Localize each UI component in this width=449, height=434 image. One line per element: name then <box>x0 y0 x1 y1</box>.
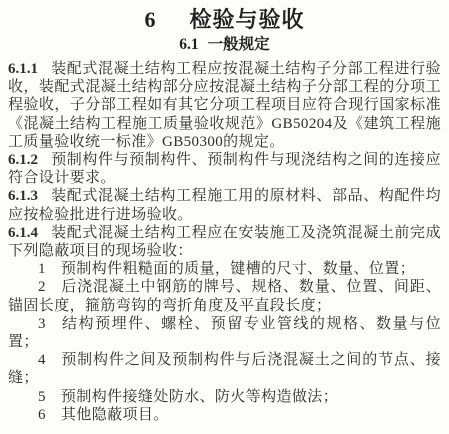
item-text: 结构预埋件、螺栓、预留专业管线的规格、数量与位置； <box>8 316 441 350</box>
hidden-item-2: 2后浇混凝土中钢筋的牌号、规格、数量、位置、间距、锚固长度，箍筋弯钩的弯折角度及… <box>8 278 441 314</box>
clause-number: 6.1.1 <box>8 61 38 77</box>
item-number: 6 <box>38 407 46 423</box>
item-number: 2 <box>38 279 46 295</box>
hidden-item-3: 3结构预埋件、螺栓、预留专业管线的规格、数量与位置； <box>8 315 441 351</box>
item-text: 预制构件粗糙面的质量，键槽的尺寸、数量、位置； <box>61 261 415 277</box>
clause-text: 装配式混凝土结构工程应在安装施工及浇筑混凝土前完成下列隐蔽项目的现场验收： <box>8 225 441 259</box>
document-page: 6检验与验收 6.1一般规定 6.1.1装配式混凝土结构工程应按混凝土结构子分部… <box>0 0 449 434</box>
section-title-text: 一般规定 <box>208 36 270 53</box>
clause-number: 6.1.2 <box>8 152 38 168</box>
item-number: 5 <box>38 389 46 405</box>
item-text: 预制构件之间及预制构件与后浇混凝土之间的节点、接缝； <box>8 352 441 386</box>
chapter-number: 6 <box>144 7 155 32</box>
item-number: 3 <box>38 316 46 332</box>
clause-6-1-3: 6.1.3装配式混凝土结构工程施工用的原材料、部品、构配件均应按检验批进行进场验… <box>8 187 441 223</box>
item-text: 预制构件接缝处防水、防火等构造做法； <box>61 389 338 405</box>
clause-number: 6.1.3 <box>8 188 38 204</box>
item-text: 后浇混凝土中钢筋的牌号、规格、数量、位置、间距、锚固长度，箍筋弯钩的弯折角度及平… <box>8 279 441 313</box>
hidden-item-5: 5预制构件接缝处防水、防火等构造做法； <box>8 388 441 406</box>
clause-number: 6.1.4 <box>8 225 38 241</box>
clause-text: 装配式混凝土结构工程施工用的原材料、部品、构配件均应按检验批进行进场验收。 <box>8 188 441 222</box>
hidden-item-4: 4预制构件之间及预制构件与后浇混凝土之间的节点、接缝； <box>8 351 441 387</box>
clause-text: 预制构件与预制构件、预制构件与现浇结构之间的连接应符合设计要求。 <box>8 152 441 186</box>
chapter-title-text: 检验与验收 <box>189 7 304 32</box>
hidden-item-6: 6其他隐蔽项目。 <box>8 406 441 424</box>
section-number: 6.1 <box>179 36 198 53</box>
chapter-heading: 6检验与验收 <box>8 6 441 34</box>
item-number: 4 <box>38 352 46 368</box>
clause-6-1-4: 6.1.4装配式混凝土结构工程应在安装施工及浇筑混凝土前完成下列隐蔽项目的现场验… <box>8 224 441 260</box>
clause-text: 装配式混凝土结构工程应按混凝土结构子分部工程进行验收，装配式混凝土结构部分应按混… <box>8 61 441 150</box>
hidden-item-1: 1预制构件粗糙面的质量，键槽的尺寸、数量、位置； <box>8 260 441 278</box>
section-heading: 6.1一般规定 <box>8 35 441 55</box>
item-text: 其他隐蔽项目。 <box>61 407 169 423</box>
item-number: 1 <box>38 261 46 277</box>
clause-6-1-2: 6.1.2预制构件与预制构件、预制构件与现浇结构之间的连接应符合设计要求。 <box>8 151 441 187</box>
clause-6-1-1: 6.1.1装配式混凝土结构工程应按混凝土结构子分部工程进行验收，装配式混凝土结构… <box>8 60 441 151</box>
